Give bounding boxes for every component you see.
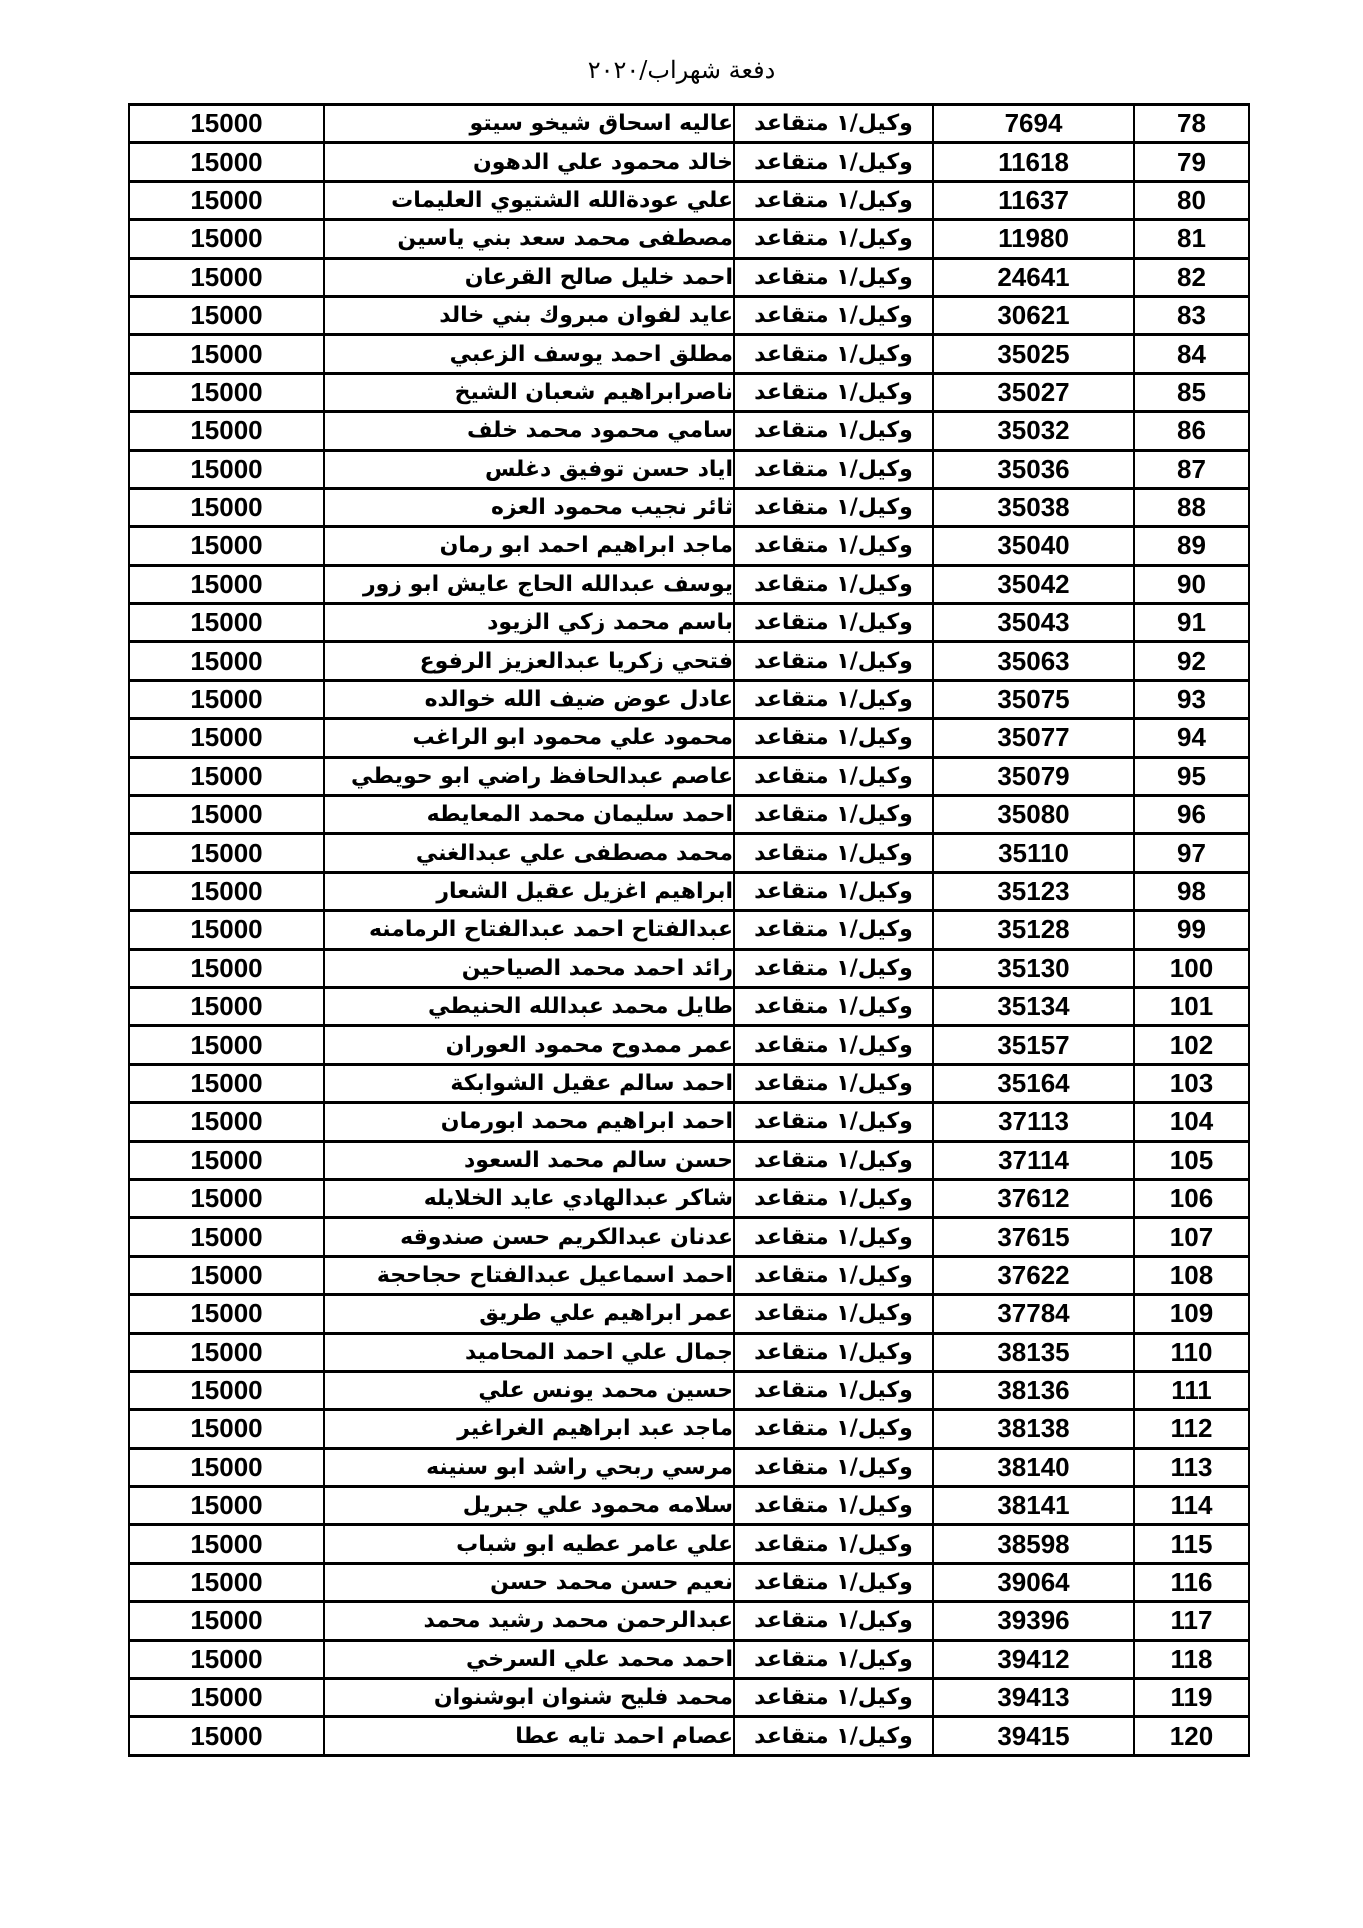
name-cell: احمد خليل صالح القرعان	[324, 258, 734, 296]
name-cell: جمال علي احمد المحاميد	[324, 1333, 734, 1371]
index-cell: 78	[1134, 105, 1249, 143]
table-row: 15000ثائر نجيب محمود العزهوكيل/١ متقاعد3…	[129, 488, 1249, 526]
salary-cell: 15000	[129, 1717, 324, 1755]
table-row: 15000عبدالفتاح احمد عبدالفتاح الرمامنهوك…	[129, 911, 1249, 949]
index-cell: 108	[1134, 1256, 1249, 1294]
salary-cell: 15000	[129, 412, 324, 450]
rank-cell: وكيل/١ متقاعد	[734, 1371, 933, 1409]
salary-cell: 15000	[129, 1563, 324, 1601]
table-row: 15000عمر ابراهيم علي طريقوكيل/١ متقاعد37…	[129, 1295, 1249, 1333]
rank-cell: وكيل/١ متقاعد	[734, 1026, 933, 1064]
name-cell: عمر ممدوح محمود العوران	[324, 1026, 734, 1064]
id-cell: 30621	[933, 296, 1134, 334]
name-cell: ابراهيم اغزيل عقيل الشعار	[324, 872, 734, 910]
index-cell: 116	[1134, 1563, 1249, 1601]
table-row: 15000ناصرابراهيم شعبان الشيخوكيل/١ متقاع…	[129, 373, 1249, 411]
salary-cell: 15000	[129, 1141, 324, 1179]
index-cell: 107	[1134, 1218, 1249, 1256]
id-cell: 38140	[933, 1448, 1134, 1486]
salary-cell: 15000	[129, 565, 324, 603]
id-cell: 37615	[933, 1218, 1134, 1256]
name-cell: ماجد عبد ابراهيم الغراغير	[324, 1410, 734, 1448]
table-row: 15000عبدالرحمن محمد رشيد محمدوكيل/١ متقا…	[129, 1602, 1249, 1640]
rank-cell: وكيل/١ متقاعد	[734, 1256, 933, 1294]
index-cell: 88	[1134, 488, 1249, 526]
rank-cell: وكيل/١ متقاعد	[734, 680, 933, 718]
rank-cell: وكيل/١ متقاعد	[734, 1448, 933, 1486]
salary-cell: 15000	[129, 719, 324, 757]
salary-cell: 15000	[129, 757, 324, 795]
index-cell: 120	[1134, 1717, 1249, 1755]
salary-cell: 15000	[129, 604, 324, 642]
table-row: 15000علي عامر عطيه ابو شبابوكيل/١ متقاعد…	[129, 1525, 1249, 1563]
table-row: 15000احمد اسماعيل عبدالفتاح حجاحجةوكيل/١…	[129, 1256, 1249, 1294]
index-cell: 112	[1134, 1410, 1249, 1448]
rank-cell: وكيل/١ متقاعد	[734, 1103, 933, 1141]
id-cell: 35075	[933, 680, 1134, 718]
index-cell: 111	[1134, 1371, 1249, 1409]
index-cell: 100	[1134, 949, 1249, 987]
name-cell: محمد فليح شنوان ابوشنوان	[324, 1679, 734, 1717]
rank-cell: وكيل/١ متقاعد	[734, 1218, 933, 1256]
table-row: 15000مطلق احمد يوسف الزعبيوكيل/١ متقاعد3…	[129, 335, 1249, 373]
id-cell: 35043	[933, 604, 1134, 642]
rank-cell: وكيل/١ متقاعد	[734, 412, 933, 450]
rank-cell: وكيل/١ متقاعد	[734, 258, 933, 296]
table-row: 15000ماجد عبد ابراهيم الغراغيروكيل/١ متق…	[129, 1410, 1249, 1448]
salary-cell: 15000	[129, 527, 324, 565]
name-cell: عصام احمد تايه عطا	[324, 1717, 734, 1755]
index-cell: 106	[1134, 1179, 1249, 1217]
table-row: 15000علي عودةالله الشتيوي العليماتوكيل/١…	[129, 181, 1249, 219]
index-cell: 115	[1134, 1525, 1249, 1563]
index-cell: 84	[1134, 335, 1249, 373]
id-cell: 35110	[933, 834, 1134, 872]
index-cell: 103	[1134, 1064, 1249, 1102]
salary-cell: 15000	[129, 335, 324, 373]
name-cell: عدنان عبدالكريم حسن صندوقه	[324, 1218, 734, 1256]
name-cell: رائد احمد محمد الصياحين	[324, 949, 734, 987]
rank-cell: وكيل/١ متقاعد	[734, 1679, 933, 1717]
name-cell: محمود علي محمود ابو الراغب	[324, 719, 734, 757]
table-row: 15000عاليه اسحاق شيخو سيتووكيل/١ متقاعد7…	[129, 105, 1249, 143]
table-row: 15000خالد محمود علي الدهونوكيل/١ متقاعد1…	[129, 143, 1249, 181]
id-cell: 38138	[933, 1410, 1134, 1448]
id-cell: 37784	[933, 1295, 1134, 1333]
rank-cell: وكيل/١ متقاعد	[734, 642, 933, 680]
id-cell: 37113	[933, 1103, 1134, 1141]
salary-cell: 15000	[129, 872, 324, 910]
index-cell: 90	[1134, 565, 1249, 603]
rank-cell: وكيل/١ متقاعد	[734, 796, 933, 834]
table-row: 15000عدنان عبدالكريم حسن صندوقهوكيل/١ مت…	[129, 1218, 1249, 1256]
index-cell: 109	[1134, 1295, 1249, 1333]
id-cell: 39396	[933, 1602, 1134, 1640]
id-cell: 35134	[933, 987, 1134, 1025]
rank-cell: وكيل/١ متقاعد	[734, 1141, 933, 1179]
table-row: 15000ابراهيم اغزيل عقيل الشعاروكيل/١ متق…	[129, 872, 1249, 910]
name-cell: حسين محمد يونس علي	[324, 1371, 734, 1409]
salary-cell: 15000	[129, 987, 324, 1025]
id-cell: 35128	[933, 911, 1134, 949]
id-cell: 39412	[933, 1640, 1134, 1678]
rank-cell: وكيل/١ متقاعد	[734, 1333, 933, 1371]
table-row: 15000نعيم حسن محمد حسنوكيل/١ متقاعد39064…	[129, 1563, 1249, 1601]
name-cell: احمد سليمان محمد المعايطه	[324, 796, 734, 834]
index-cell: 91	[1134, 604, 1249, 642]
id-cell: 35042	[933, 565, 1134, 603]
rank-cell: وكيل/١ متقاعد	[734, 1295, 933, 1333]
salary-cell: 15000	[129, 796, 324, 834]
rank-cell: وكيل/١ متقاعد	[734, 1717, 933, 1755]
payroll-table: 15000عاليه اسحاق شيخو سيتووكيل/١ متقاعد7…	[128, 103, 1250, 1757]
rank-cell: وكيل/١ متقاعد	[734, 911, 933, 949]
index-cell: 98	[1134, 872, 1249, 910]
salary-cell: 15000	[129, 911, 324, 949]
table-row: 15000عاصم عبدالحافظ راضي ابو حويطيوكيل/١…	[129, 757, 1249, 795]
salary-cell: 15000	[129, 680, 324, 718]
name-cell: يوسف عبدالله الحاج عايش ابو زور	[324, 565, 734, 603]
salary-cell: 15000	[129, 1487, 324, 1525]
rank-cell: وكيل/١ متقاعد	[734, 296, 933, 334]
salary-cell: 15000	[129, 1640, 324, 1678]
name-cell: اياد حسن توفيق دغلس	[324, 450, 734, 488]
index-cell: 119	[1134, 1679, 1249, 1717]
salary-cell: 15000	[129, 450, 324, 488]
name-cell: عايد لفوان مبروك بني خالد	[324, 296, 734, 334]
salary-cell: 15000	[129, 1410, 324, 1448]
table-row: 15000جمال علي احمد المحاميدوكيل/١ متقاعد…	[129, 1333, 1249, 1371]
salary-cell: 15000	[129, 949, 324, 987]
name-cell: حسن سالم محمد السعود	[324, 1141, 734, 1179]
name-cell: مصطفى محمد سعد بني ياسين	[324, 220, 734, 258]
rank-cell: وكيل/١ متقاعد	[734, 987, 933, 1025]
rank-cell: وكيل/١ متقاعد	[734, 1064, 933, 1102]
index-cell: 118	[1134, 1640, 1249, 1678]
id-cell: 35080	[933, 796, 1134, 834]
index-cell: 85	[1134, 373, 1249, 411]
id-cell: 35130	[933, 949, 1134, 987]
payroll-table-body: 15000عاليه اسحاق شيخو سيتووكيل/١ متقاعد7…	[129, 105, 1249, 1756]
name-cell: سلامه محمود علي جبريل	[324, 1487, 734, 1525]
table-row: 15000عصام احمد تايه عطاوكيل/١ متقاعد3941…	[129, 1717, 1249, 1755]
salary-cell: 15000	[129, 642, 324, 680]
table-row: 15000فتحي زكريا عبدالعزيز الرفوعوكيل/١ م…	[129, 642, 1249, 680]
rank-cell: وكيل/١ متقاعد	[734, 450, 933, 488]
index-cell: 93	[1134, 680, 1249, 718]
id-cell: 35040	[933, 527, 1134, 565]
id-cell: 35077	[933, 719, 1134, 757]
name-cell: ثائر نجيب محمود العزه	[324, 488, 734, 526]
rank-cell: وكيل/١ متقاعد	[734, 604, 933, 642]
id-cell: 38141	[933, 1487, 1134, 1525]
salary-cell: 15000	[129, 1103, 324, 1141]
table-row: 15000سلامه محمود علي جبريلوكيل/١ متقاعد3…	[129, 1487, 1249, 1525]
table-row: 15000طايل محمد عبدالله الحنيطيوكيل/١ متق…	[129, 987, 1249, 1025]
index-cell: 104	[1134, 1103, 1249, 1141]
salary-cell: 15000	[129, 1026, 324, 1064]
index-cell: 83	[1134, 296, 1249, 334]
salary-cell: 15000	[129, 1218, 324, 1256]
id-cell: 35164	[933, 1064, 1134, 1102]
rank-cell: وكيل/١ متقاعد	[734, 719, 933, 757]
rank-cell: وكيل/١ متقاعد	[734, 1640, 933, 1678]
id-cell: 39064	[933, 1563, 1134, 1601]
id-cell: 38135	[933, 1333, 1134, 1371]
name-cell: طايل محمد عبدالله الحنيطي	[324, 987, 734, 1025]
table-row: 15000عمر ممدوح محمود العورانوكيل/١ متقاع…	[129, 1026, 1249, 1064]
id-cell: 35027	[933, 373, 1134, 411]
name-cell: عادل عوض ضيف الله خوالده	[324, 680, 734, 718]
salary-cell: 15000	[129, 1448, 324, 1486]
name-cell: عاليه اسحاق شيخو سيتو	[324, 105, 734, 143]
index-cell: 113	[1134, 1448, 1249, 1486]
index-cell: 97	[1134, 834, 1249, 872]
rank-cell: وكيل/١ متقاعد	[734, 1525, 933, 1563]
rank-cell: وكيل/١ متقاعد	[734, 1179, 933, 1217]
index-cell: 82	[1134, 258, 1249, 296]
name-cell: احمد محمد علي السرخي	[324, 1640, 734, 1678]
name-cell: عمر ابراهيم علي طريق	[324, 1295, 734, 1333]
rank-cell: وكيل/١ متقاعد	[734, 220, 933, 258]
salary-cell: 15000	[129, 1256, 324, 1294]
salary-cell: 15000	[129, 834, 324, 872]
name-cell: سامي محمود محمد خلف	[324, 412, 734, 450]
table-row: 15000سامي محمود محمد خلفوكيل/١ متقاعد350…	[129, 412, 1249, 450]
salary-cell: 15000	[129, 1295, 324, 1333]
name-cell: خالد محمود علي الدهون	[324, 143, 734, 181]
salary-cell: 15000	[129, 373, 324, 411]
id-cell: 11980	[933, 220, 1134, 258]
rank-cell: وكيل/١ متقاعد	[734, 1410, 933, 1448]
name-cell: عبدالفتاح احمد عبدالفتاح الرمامنه	[324, 911, 734, 949]
rank-cell: وكيل/١ متقاعد	[734, 527, 933, 565]
name-cell: علي عامر عطيه ابو شباب	[324, 1525, 734, 1563]
index-cell: 81	[1134, 220, 1249, 258]
name-cell: ناصرابراهيم شعبان الشيخ	[324, 373, 734, 411]
rank-cell: وكيل/١ متقاعد	[734, 1563, 933, 1601]
name-cell: عبدالرحمن محمد رشيد محمد	[324, 1602, 734, 1640]
salary-cell: 15000	[129, 1679, 324, 1717]
index-cell: 79	[1134, 143, 1249, 181]
index-cell: 117	[1134, 1602, 1249, 1640]
id-cell: 35038	[933, 488, 1134, 526]
id-cell: 39415	[933, 1717, 1134, 1755]
id-cell: 38136	[933, 1371, 1134, 1409]
salary-cell: 15000	[129, 143, 324, 181]
id-cell: 37612	[933, 1179, 1134, 1217]
rank-cell: وكيل/١ متقاعد	[734, 565, 933, 603]
rank-cell: وكيل/١ متقاعد	[734, 105, 933, 143]
table-row: 15000يوسف عبدالله الحاج عايش ابو زوروكيل…	[129, 565, 1249, 603]
name-cell: باسم محمد زكي الزيود	[324, 604, 734, 642]
salary-cell: 15000	[129, 1064, 324, 1102]
table-row: 15000محمد مصطفى علي عبدالغنيوكيل/١ متقاع…	[129, 834, 1249, 872]
id-cell: 37622	[933, 1256, 1134, 1294]
rank-cell: وكيل/١ متقاعد	[734, 757, 933, 795]
table-row: 15000احمد ابراهيم محمد ابورمانوكيل/١ متق…	[129, 1103, 1249, 1141]
salary-cell: 15000	[129, 258, 324, 296]
table-row: 15000احمد سالم عقيل الشوابكةوكيل/١ متقاع…	[129, 1064, 1249, 1102]
rank-cell: وكيل/١ متقاعد	[734, 834, 933, 872]
table-row: 15000محمد فليح شنوان ابوشنوانوكيل/١ متقا…	[129, 1679, 1249, 1717]
table-row: 15000احمد محمد علي السرخيوكيل/١ متقاعد39…	[129, 1640, 1249, 1678]
page-title: دفعة شهراب/٢٠٢٠	[0, 56, 1363, 84]
name-cell: احمد سالم عقيل الشوابكة	[324, 1064, 734, 1102]
index-cell: 87	[1134, 450, 1249, 488]
id-cell: 7694	[933, 105, 1134, 143]
table-row: 15000باسم محمد زكي الزيودوكيل/١ متقاعد35…	[129, 604, 1249, 642]
salary-cell: 15000	[129, 1371, 324, 1409]
salary-cell: 15000	[129, 105, 324, 143]
rank-cell: وكيل/١ متقاعد	[734, 181, 933, 219]
name-cell: مطلق احمد يوسف الزعبي	[324, 335, 734, 373]
id-cell: 35063	[933, 642, 1134, 680]
id-cell: 35032	[933, 412, 1134, 450]
name-cell: محمد مصطفى علي عبدالغني	[324, 834, 734, 872]
name-cell: احمد ابراهيم محمد ابورمان	[324, 1103, 734, 1141]
salary-cell: 15000	[129, 1602, 324, 1640]
salary-cell: 15000	[129, 220, 324, 258]
index-cell: 89	[1134, 527, 1249, 565]
table-row: 15000شاكر عبدالهادي عايد الخلايلهوكيل/١ …	[129, 1179, 1249, 1217]
salary-cell: 15000	[129, 1179, 324, 1217]
salary-cell: 15000	[129, 181, 324, 219]
table-row: 15000محمود علي محمود ابو الراغبوكيل/١ مت…	[129, 719, 1249, 757]
salary-cell: 15000	[129, 1525, 324, 1563]
document-page: دفعة شهراب/٢٠٢٠ 15000عاليه اسحاق شيخو سي…	[0, 0, 1363, 1928]
salary-cell: 15000	[129, 1333, 324, 1371]
index-cell: 96	[1134, 796, 1249, 834]
id-cell: 35123	[933, 872, 1134, 910]
rank-cell: وكيل/١ متقاعد	[734, 373, 933, 411]
rank-cell: وكيل/١ متقاعد	[734, 1602, 933, 1640]
index-cell: 110	[1134, 1333, 1249, 1371]
id-cell: 35036	[933, 450, 1134, 488]
index-cell: 101	[1134, 987, 1249, 1025]
id-cell: 39413	[933, 1679, 1134, 1717]
rank-cell: وكيل/١ متقاعد	[734, 949, 933, 987]
table-row: 15000عادل عوض ضيف الله خوالدهوكيل/١ متقا…	[129, 680, 1249, 718]
table-row: 15000حسن سالم محمد السعودوكيل/١ متقاعد37…	[129, 1141, 1249, 1179]
id-cell: 37114	[933, 1141, 1134, 1179]
id-cell: 38598	[933, 1525, 1134, 1563]
salary-cell: 15000	[129, 488, 324, 526]
id-cell: 35157	[933, 1026, 1134, 1064]
id-cell: 24641	[933, 258, 1134, 296]
index-cell: 102	[1134, 1026, 1249, 1064]
id-cell: 35079	[933, 757, 1134, 795]
index-cell: 80	[1134, 181, 1249, 219]
name-cell: ماجد ابراهيم احمد ابو رمان	[324, 527, 734, 565]
rank-cell: وكيل/١ متقاعد	[734, 872, 933, 910]
index-cell: 94	[1134, 719, 1249, 757]
table-row: 15000رائد احمد محمد الصياحينوكيل/١ متقاع…	[129, 949, 1249, 987]
table-row: 15000ماجد ابراهيم احمد ابو رمانوكيل/١ مت…	[129, 527, 1249, 565]
index-cell: 105	[1134, 1141, 1249, 1179]
index-cell: 86	[1134, 412, 1249, 450]
table-row: 15000حسين محمد يونس عليوكيل/١ متقاعد3813…	[129, 1371, 1249, 1409]
index-cell: 95	[1134, 757, 1249, 795]
id-cell: 11618	[933, 143, 1134, 181]
rank-cell: وكيل/١ متقاعد	[734, 1487, 933, 1525]
name-cell: فتحي زكريا عبدالعزيز الرفوع	[324, 642, 734, 680]
index-cell: 114	[1134, 1487, 1249, 1525]
name-cell: علي عودةالله الشتيوي العليمات	[324, 181, 734, 219]
name-cell: عاصم عبدالحافظ راضي ابو حويطي	[324, 757, 734, 795]
table-row: 15000احمد سليمان محمد المعايطهوكيل/١ متق…	[129, 796, 1249, 834]
table-row: 15000احمد خليل صالح القرعانوكيل/١ متقاعد…	[129, 258, 1249, 296]
salary-cell: 15000	[129, 296, 324, 334]
index-cell: 99	[1134, 911, 1249, 949]
index-cell: 92	[1134, 642, 1249, 680]
table-row: 15000مرسي ربحي راشد ابو سنينهوكيل/١ متقا…	[129, 1448, 1249, 1486]
table-row: 15000اياد حسن توفيق دغلسوكيل/١ متقاعد350…	[129, 450, 1249, 488]
name-cell: شاكر عبدالهادي عايد الخلايله	[324, 1179, 734, 1217]
rank-cell: وكيل/١ متقاعد	[734, 488, 933, 526]
id-cell: 35025	[933, 335, 1134, 373]
rank-cell: وكيل/١ متقاعد	[734, 143, 933, 181]
table-row: 15000عايد لفوان مبروك بني خالدوكيل/١ متق…	[129, 296, 1249, 334]
id-cell: 11637	[933, 181, 1134, 219]
name-cell: احمد اسماعيل عبدالفتاح حجاحجة	[324, 1256, 734, 1294]
table-row: 15000مصطفى محمد سعد بني ياسينوكيل/١ متقا…	[129, 220, 1249, 258]
name-cell: نعيم حسن محمد حسن	[324, 1563, 734, 1601]
rank-cell: وكيل/١ متقاعد	[734, 335, 933, 373]
name-cell: مرسي ربحي راشد ابو سنينه	[324, 1448, 734, 1486]
